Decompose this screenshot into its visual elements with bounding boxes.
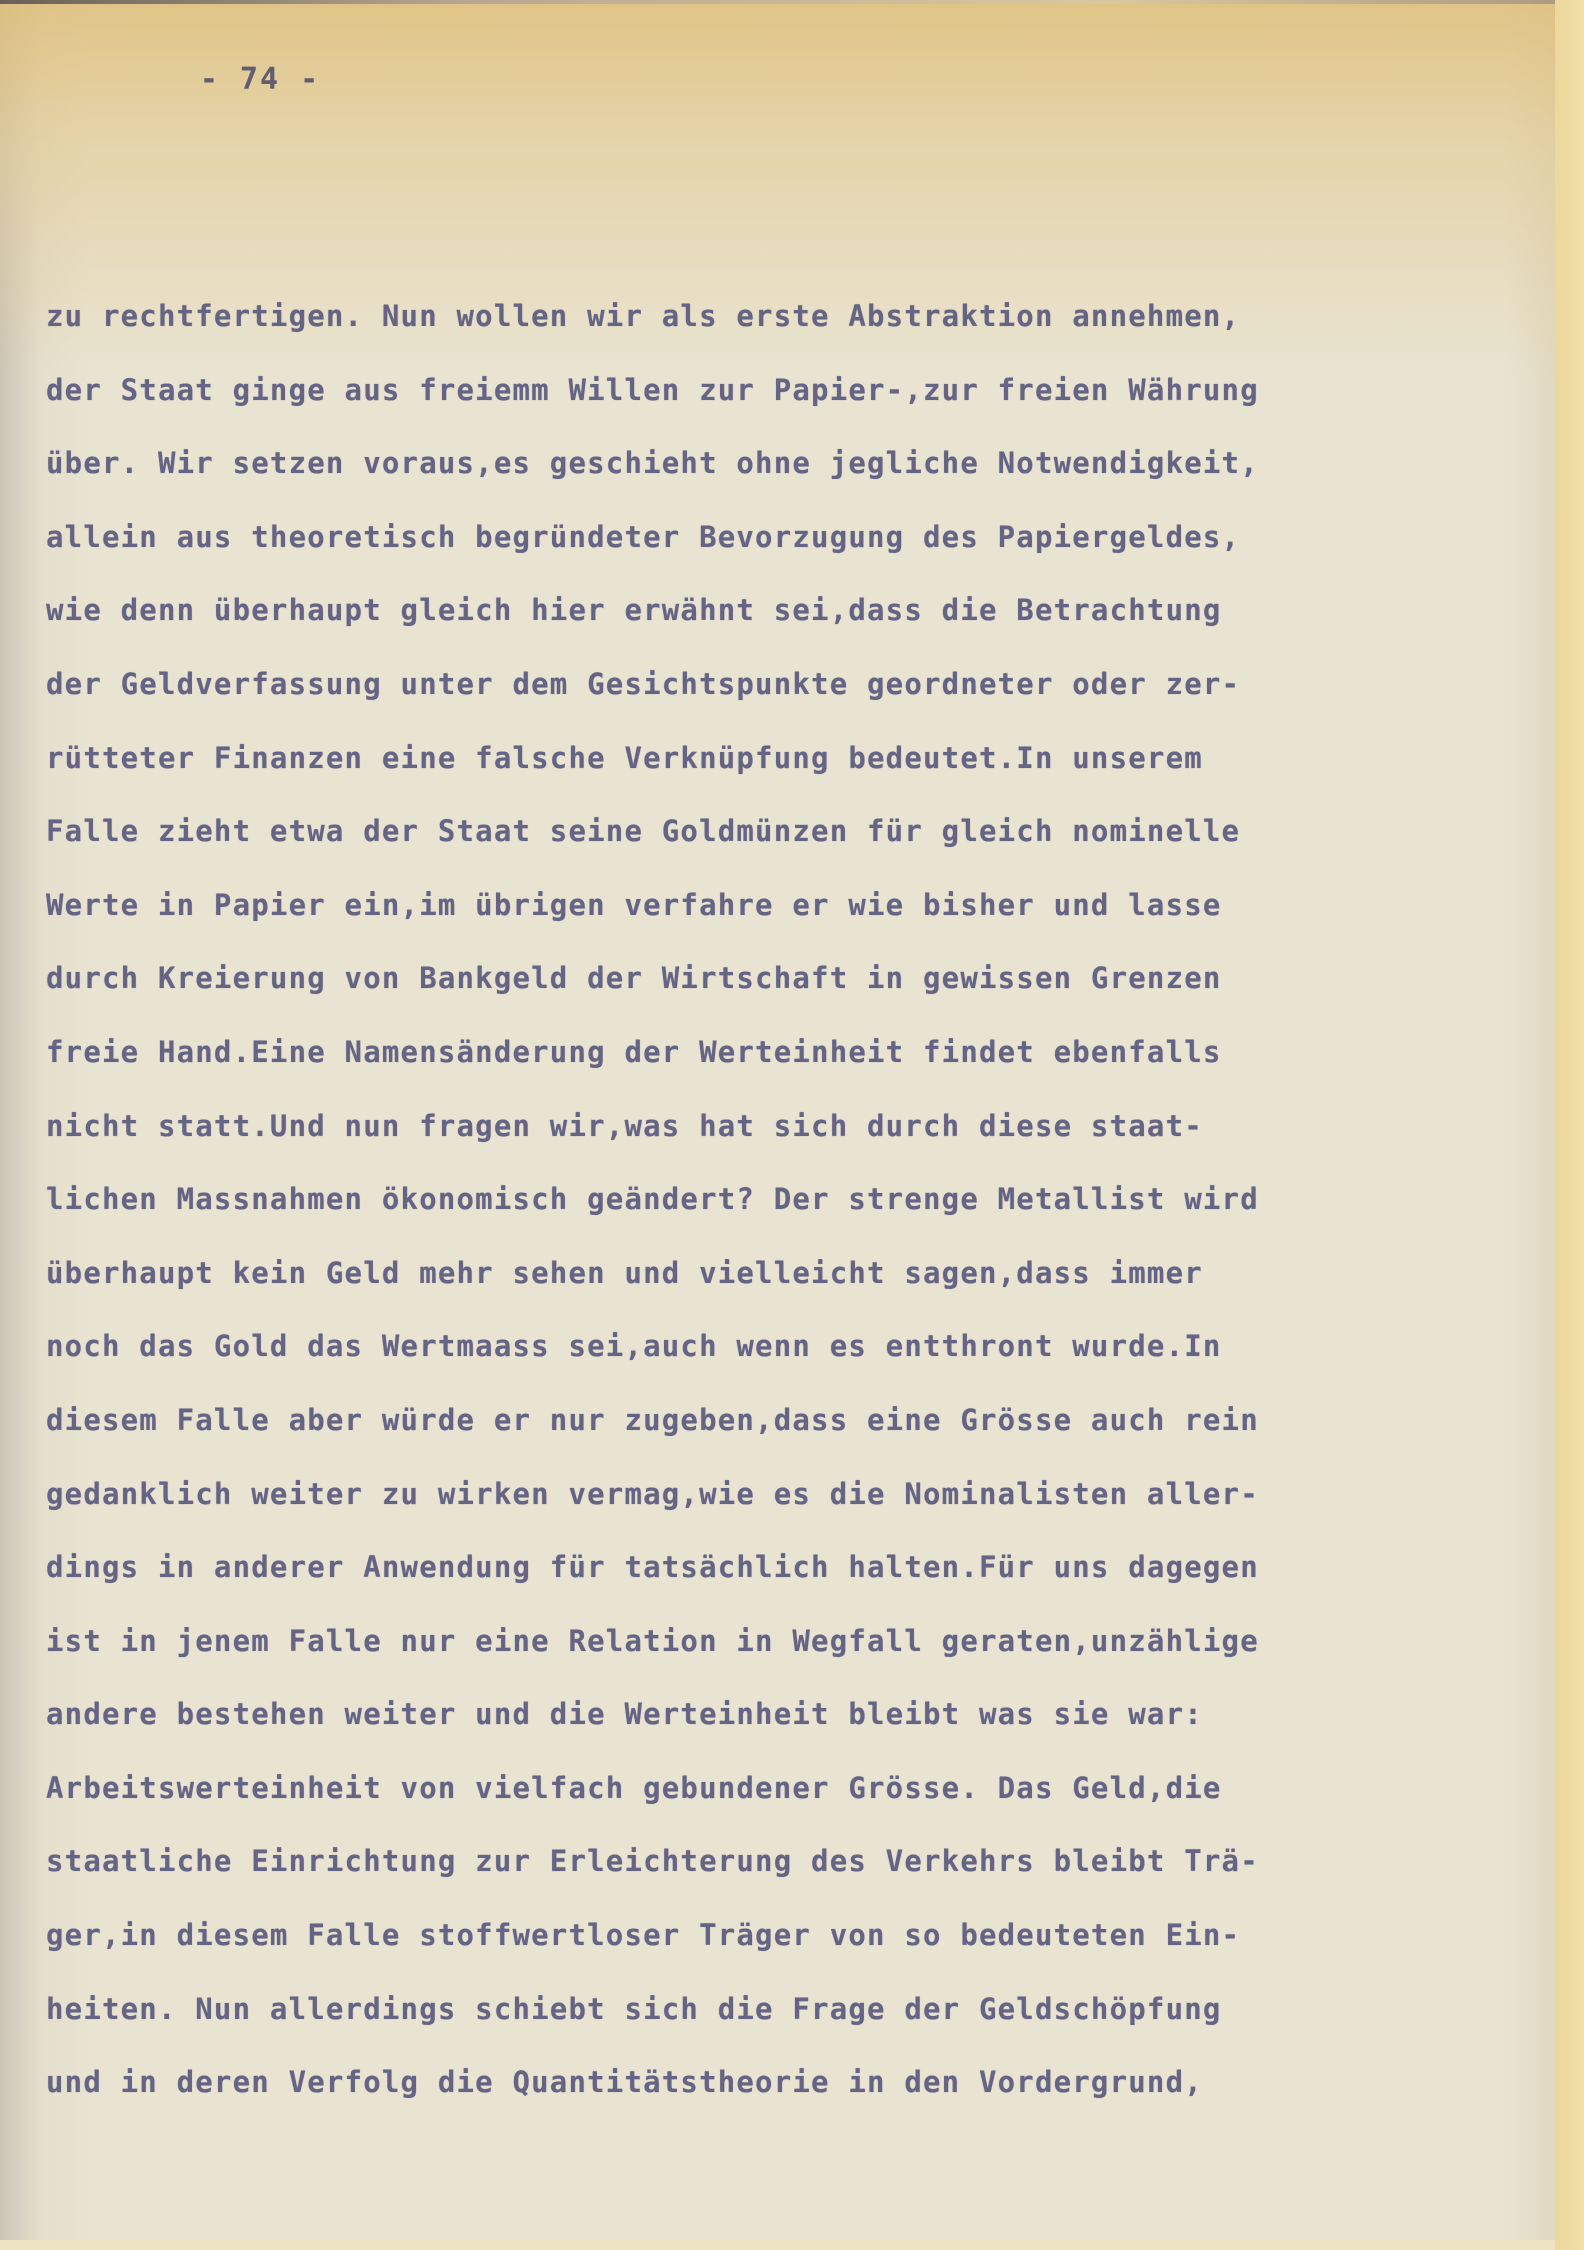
text-line: Werte in Papier ein,im übrigen verfahre … [46, 869, 1526, 943]
page-number: - 74 - [0, 62, 520, 97]
text-line: diesem Falle aber würde er nur zugeben,d… [46, 1384, 1526, 1458]
page-top-edge [0, 0, 1584, 4]
text-line: dings in anderer Anwendung für tatsächli… [46, 1531, 1526, 1605]
text-line: über. Wir setzen voraus,es geschieht ohn… [46, 427, 1526, 501]
text-line: freie Hand.Eine Namensänderung der Werte… [46, 1016, 1526, 1090]
text-line: allein aus theoretisch begründeter Bevor… [46, 501, 1526, 575]
text-line: und in deren Verfolg die Quantitätstheor… [46, 2046, 1526, 2120]
text-line: lichen Massnahmen ökonomisch geändert? D… [46, 1163, 1526, 1237]
text-line: ger,in diesem Falle stoffwertloser Träge… [46, 1899, 1526, 1973]
typewritten-body: zu rechtfertigen. Nun wollen wir als ers… [46, 280, 1526, 2120]
text-line: heiten. Nun allerdings schiebt sich die … [46, 1973, 1526, 2047]
text-line: der Staat ginge aus freiemm Willen zur P… [46, 354, 1526, 428]
text-line: durch Kreierung von Bankgeld der Wirtsch… [46, 942, 1526, 1016]
text-line: andere bestehen weiter und die Werteinhe… [46, 1678, 1526, 1752]
text-line: zu rechtfertigen. Nun wollen wir als ers… [46, 280, 1526, 354]
text-line: der Geldverfassung unter dem Gesichtspun… [46, 648, 1526, 722]
text-line: Arbeitswerteinheit von vielfach gebunden… [46, 1752, 1526, 1826]
text-line: staatliche Einrichtung zur Erleichterung… [46, 1825, 1526, 1899]
text-line: Falle zieht etwa der Staat seine Goldmün… [46, 795, 1526, 869]
text-line: überhaupt kein Geld mehr sehen und viell… [46, 1237, 1526, 1311]
text-line: rütteter Finanzen eine falsche Verknüpfu… [46, 722, 1526, 796]
text-line: noch das Gold das Wertmaass sei,auch wen… [46, 1310, 1526, 1384]
text-line: ist in jenem Falle nur eine Relation in … [46, 1605, 1526, 1679]
text-line: gedanklich weiter zu wirken vermag,wie e… [46, 1458, 1526, 1532]
page-margin-strip [1555, 0, 1584, 2250]
scanned-page: - 74 - zu rechtfertigen. Nun wollen wir … [0, 0, 1555, 2250]
text-line: nicht statt.Und nun fragen wir,was hat s… [46, 1090, 1526, 1164]
text-line: wie denn überhaupt gleich hier erwähnt s… [46, 574, 1526, 648]
